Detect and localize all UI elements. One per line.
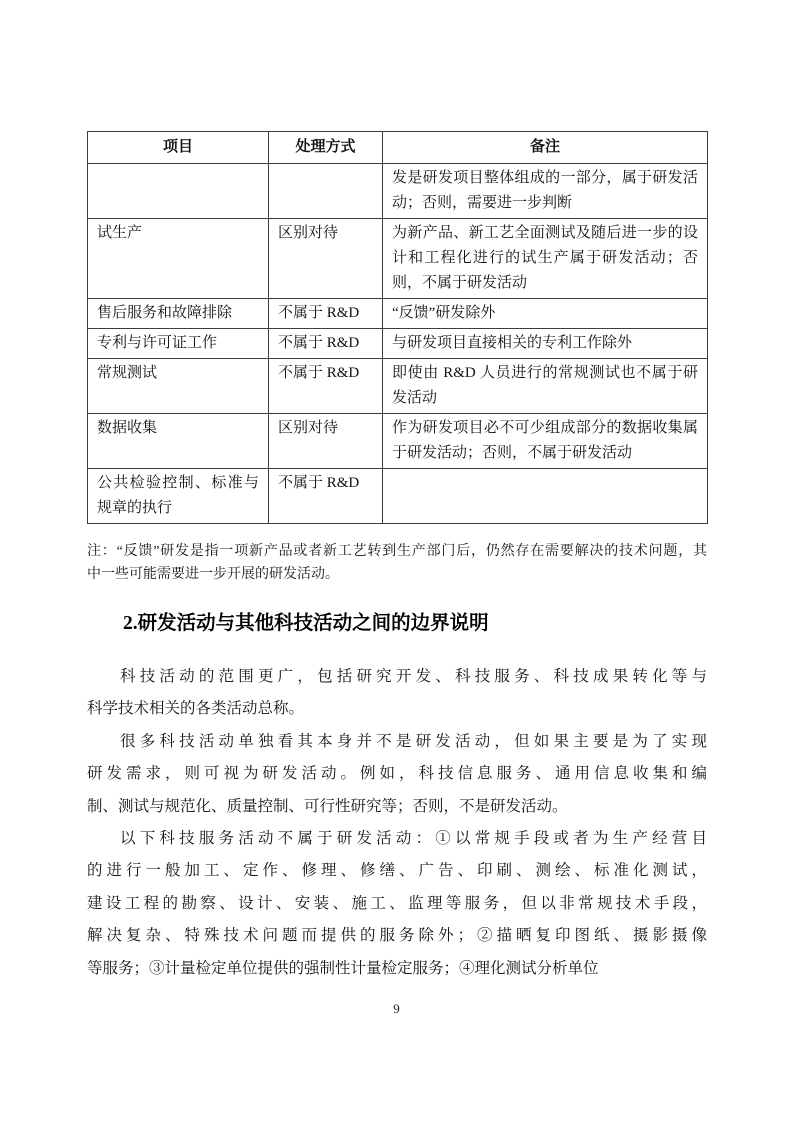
cell-treatment: 不属于 R&D bbox=[269, 299, 383, 329]
cell-treatment bbox=[269, 164, 383, 219]
document-page: 项目 处理方式 备注 发是研发项目整体组成的一部分，属于研发活动；否则，需要进一… bbox=[0, 0, 793, 1122]
table-row: 试生产 区别对待 为新产品、新工艺全面测试及随后进一步的设计和工程化进行的试生产… bbox=[88, 219, 708, 299]
paragraph: 以下科技服务活动不属于研发活动：①以常规手段或者为生产经营目 的进行一般加工、定… bbox=[87, 823, 707, 985]
footnote-line: 中一些可能需要进一步开展的研发活动。 bbox=[87, 563, 707, 586]
cell-treatment: 不属于 R&D bbox=[269, 469, 383, 524]
cell-remark: 为新产品、新工艺全面测试及随后进一步的设计和工程化进行的试生产属于研发活动；否则… bbox=[383, 219, 708, 299]
paragraph-line: 解决复杂、特殊技术问题而提供的服务除外；②描晒复印图纸、摄影摄像 bbox=[87, 920, 707, 952]
cell-treatment: 不属于 R&D bbox=[269, 329, 383, 359]
cell-remark: 即使由 R&D 人员进行的常规测试也不属于研发活动 bbox=[383, 359, 708, 414]
paragraph-line: 科技活动的范围更广，包括研究开发、科技服务、科技成果转化等与 bbox=[87, 661, 707, 693]
cell-item: 试生产 bbox=[88, 219, 269, 299]
table-row: 常规测试 不属于 R&D 即使由 R&D 人员进行的常规测试也不属于研发活动 bbox=[88, 359, 708, 414]
cell-remark: “反馈”研发除外 bbox=[383, 299, 708, 329]
column-header-remark: 备注 bbox=[383, 132, 708, 164]
table-row: 售后服务和故障排除 不属于 R&D “反馈”研发除外 bbox=[88, 299, 708, 329]
table-row: 公共检验控制、标准与规章的执行 不属于 R&D bbox=[88, 469, 708, 524]
paragraph: 科技活动的范围更广，包括研究开发、科技服务、科技成果转化等与 科学技术相关的各类… bbox=[87, 661, 707, 726]
paragraph-line: 的进行一般加工、定作、修理、修缮、广告、印刷、测绘、标准化测试， bbox=[87, 855, 707, 887]
cell-remark bbox=[383, 469, 708, 524]
paragraph-line: 很多科技活动单独看其本身并不是研发活动，但如果主要是为了实现 bbox=[87, 726, 707, 758]
cell-item: 专利与许可证工作 bbox=[88, 329, 269, 359]
cell-treatment: 区别对待 bbox=[269, 414, 383, 469]
cell-item: 售后服务和故障排除 bbox=[88, 299, 269, 329]
table-row: 数据收集 区别对待 作为研发项目必不可少组成部分的数据收集属于研发活动；否则，不… bbox=[88, 414, 708, 469]
cell-item: 公共检验控制、标准与规章的执行 bbox=[88, 469, 269, 524]
paragraph: 很多科技活动单独看其本身并不是研发活动，但如果主要是为了实现 研发需求，则可视为… bbox=[87, 726, 707, 823]
column-header-treatment: 处理方式 bbox=[269, 132, 383, 164]
cell-item bbox=[88, 164, 269, 219]
column-header-item: 项目 bbox=[88, 132, 269, 164]
paragraph-line: 科学技术相关的各类活动总称。 bbox=[87, 693, 707, 725]
cell-treatment: 不属于 R&D bbox=[269, 359, 383, 414]
cell-item: 数据收集 bbox=[88, 414, 269, 469]
paragraph-line: 研发需求，则可视为研发活动。例如，科技信息服务、通用信息收集和编 bbox=[87, 758, 707, 790]
cell-item: 常规测试 bbox=[88, 359, 269, 414]
cell-treatment: 区别对待 bbox=[269, 219, 383, 299]
table-row: 发是研发项目整体组成的一部分，属于研发活动；否则，需要进一步判断 bbox=[88, 164, 708, 219]
section-heading: 2.研发活动与其他科技活动之间的边界说明 bbox=[87, 610, 743, 637]
paragraph-line: 以下科技服务活动不属于研发活动：①以常规手段或者为生产经营目 bbox=[87, 823, 707, 855]
cell-remark: 发是研发项目整体组成的一部分，属于研发活动；否则，需要进一步判断 bbox=[383, 164, 708, 219]
footnote-line: 注：“反馈”研发是指一项新产品或者新工艺转到生产部门后，仍然存在需要解决的技术问… bbox=[87, 540, 707, 563]
body-paragraphs: 科技活动的范围更广，包括研究开发、科技服务、科技成果转化等与 科学技术相关的各类… bbox=[87, 661, 707, 985]
paragraph-line: 等服务；③计量检定单位提供的强制性计量检定服务；④理化测试分析单位 bbox=[87, 953, 707, 985]
cell-remark: 与研发项目直接相关的专利工作除外 bbox=[383, 329, 708, 359]
table-row: 专利与许可证工作 不属于 R&D 与研发项目直接相关的专利工作除外 bbox=[88, 329, 708, 359]
paragraph-line: 建设工程的勘察、设计、安装、施工、监理等服务，但以非常规技术手段， bbox=[87, 888, 707, 920]
cell-remark: 作为研发项目必不可少组成部分的数据收集属于研发活动；否则，不属于研发活动 bbox=[383, 414, 708, 469]
table-header-row: 项目 处理方式 备注 bbox=[88, 132, 708, 164]
page-number: 9 bbox=[0, 1001, 793, 1017]
rd-boundary-table: 项目 处理方式 备注 发是研发项目整体组成的一部分，属于研发活动；否则，需要进一… bbox=[87, 131, 708, 524]
table-footnote: 注：“反馈”研发是指一项新产品或者新工艺转到生产部门后，仍然存在需要解决的技术问… bbox=[87, 540, 707, 586]
paragraph-line: 制、测试与规范化、质量控制、可行性研究等；否则，不是研发活动。 bbox=[87, 791, 707, 823]
